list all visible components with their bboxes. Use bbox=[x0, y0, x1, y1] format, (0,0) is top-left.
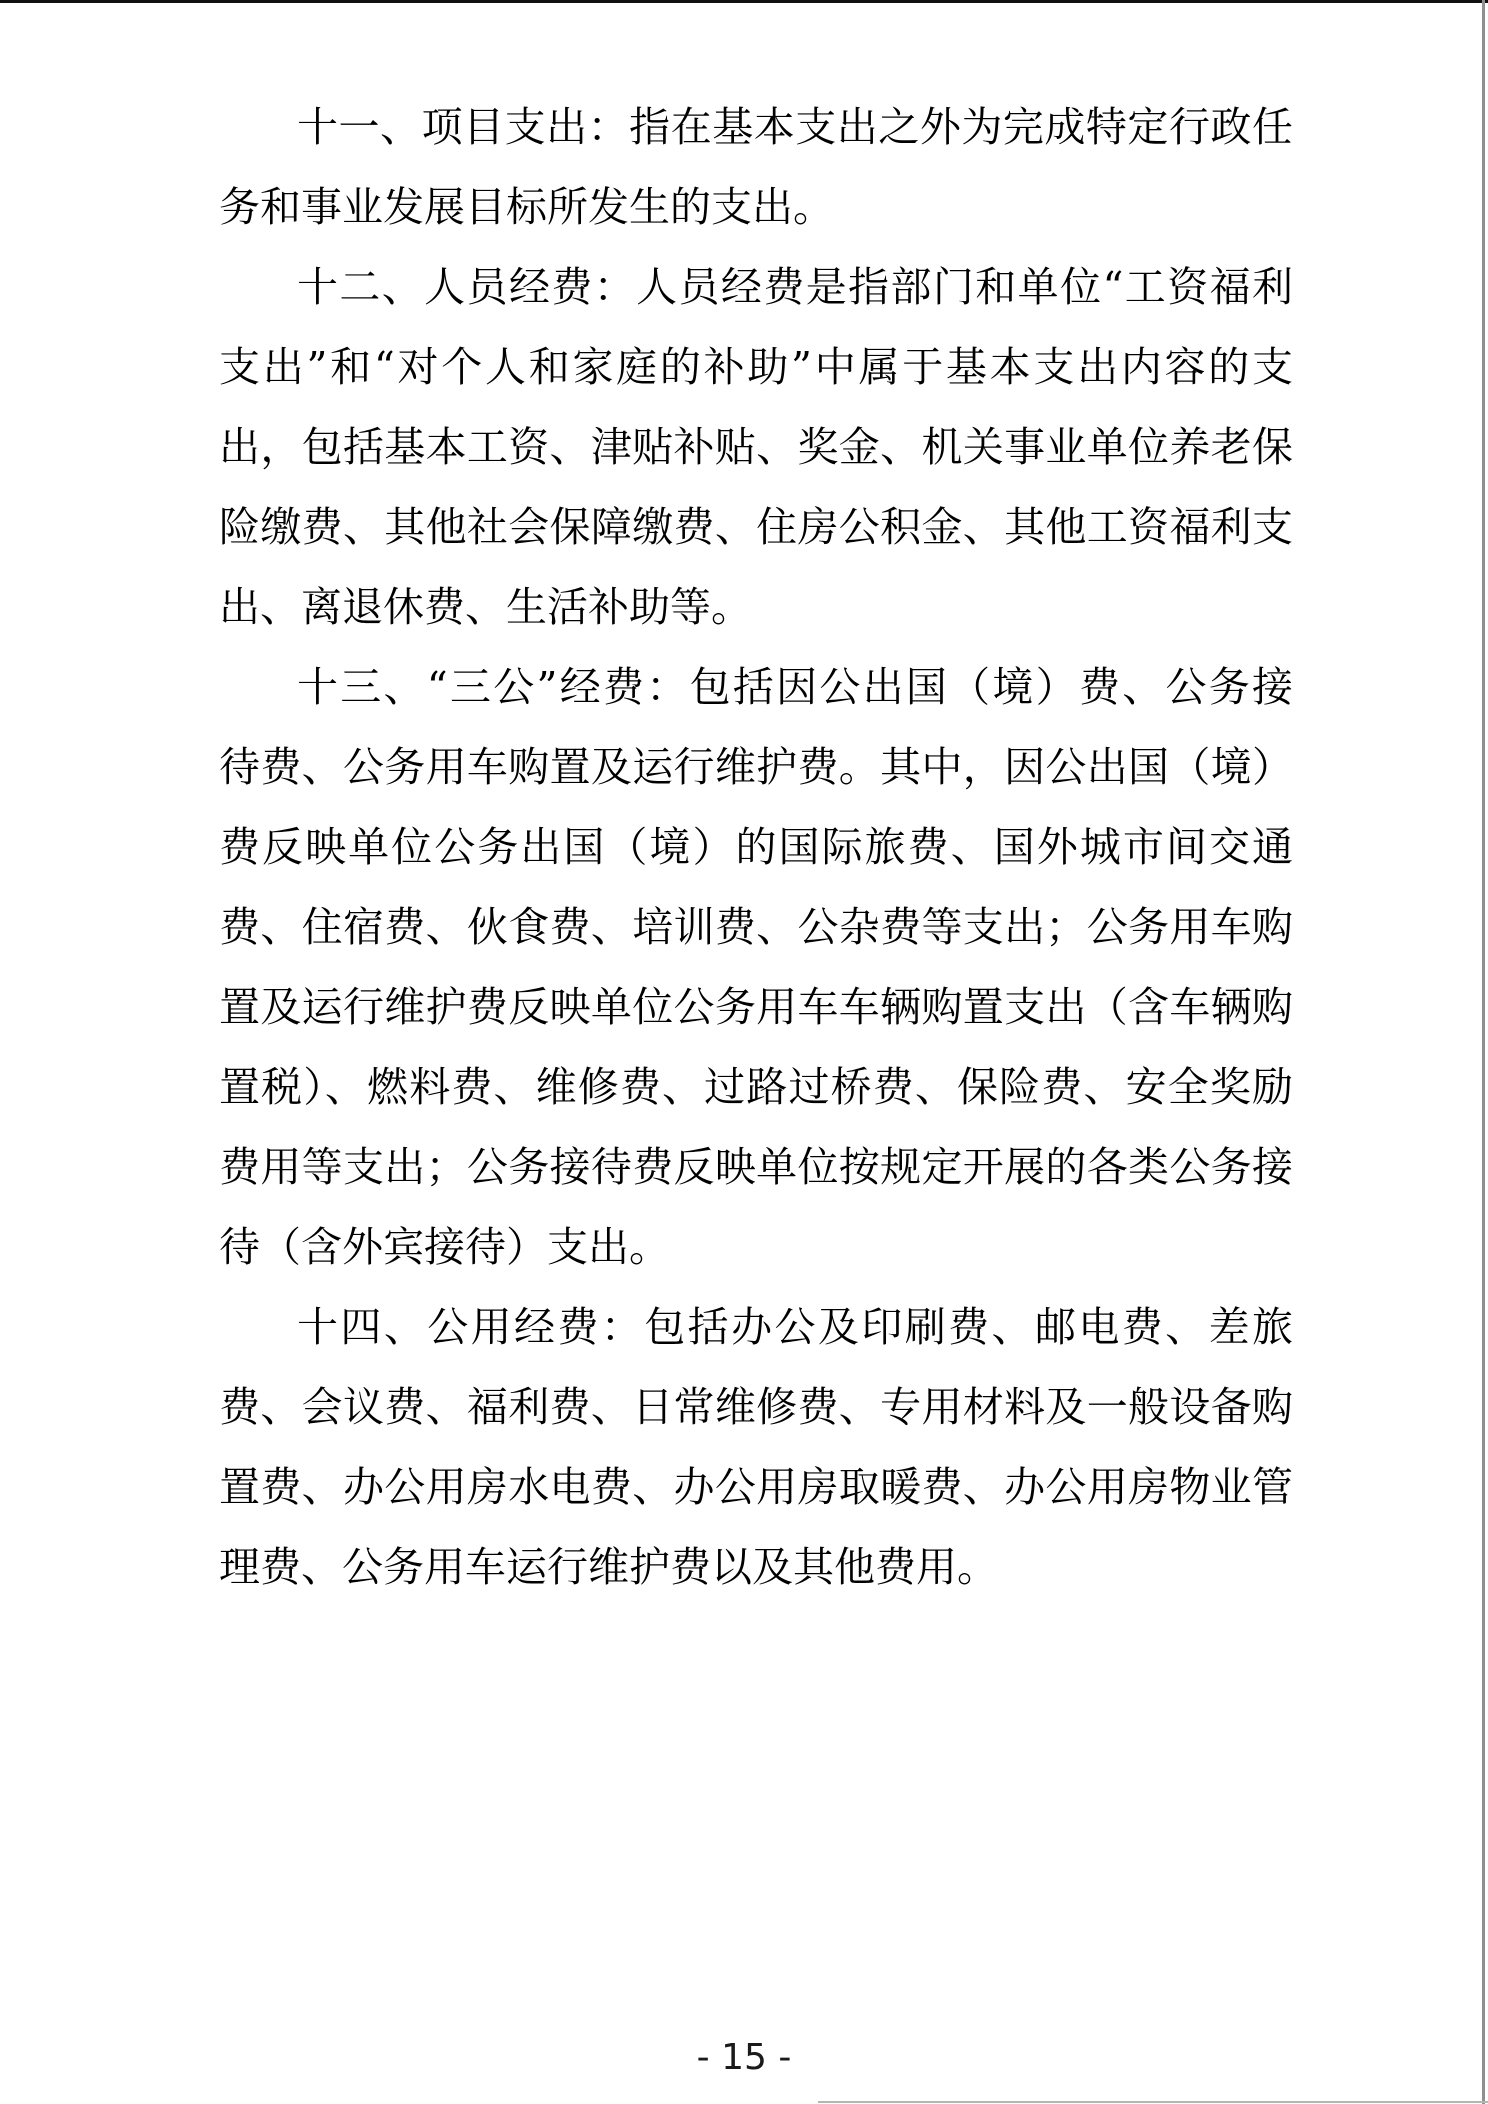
paragraph-clause-11: 十一、项目支出：指在基本支出之外为完成特定行政任务和事业发展目标所发生的支出。 bbox=[219, 87, 1293, 247]
text-line: 费、住宿费、伙食费、培训费、公杂费等支出；公务用车购 bbox=[219, 887, 1293, 967]
text-line: 十一、项目支出：指在基本支出之外为完成特定行政任 bbox=[219, 87, 1293, 167]
text-line: 置费、办公用房水电费、办公用房取暖费、办公用房物业管 bbox=[219, 1447, 1293, 1527]
text-line: 置税）、燃料费、维修费、过路过桥费、保险费、安全奖励 bbox=[219, 1047, 1293, 1127]
text-line: 支出”和“对个人和家庭的补助”中属于基本支出内容的支 bbox=[219, 327, 1293, 407]
text-line: 费反映单位公务出国（境）的国际旅费、国外城市间交通 bbox=[219, 807, 1293, 887]
paragraph-clause-12: 十二、人员经费：人员经费是指部门和单位“工资福利支出”和“对个人和家庭的补助”中… bbox=[219, 247, 1293, 647]
text-line: 十三、“三公”经费：包括因公出国（境）费、公务接 bbox=[219, 647, 1293, 727]
page-bottom-border bbox=[818, 2101, 1488, 2103]
text-line: 险缴费、其他社会保障缴费、住房公积金、其他工资福利支 bbox=[219, 487, 1293, 567]
text-line: 置及运行维护费反映单位公务用车车辆购置支出（含车辆购 bbox=[219, 967, 1293, 1047]
text-line: 待（含外宾接待）支出。 bbox=[219, 1207, 1293, 1287]
text-line: 出、离退休费、生活补助等。 bbox=[219, 567, 1293, 647]
text-line: 费用等支出；公务接待费反映单位按规定开展的各类公务接 bbox=[219, 1127, 1293, 1207]
document-page: 十一、项目支出：指在基本支出之外为完成特定行政任务和事业发展目标所发生的支出。十… bbox=[0, 0, 1488, 2104]
text-line: 费、会议费、福利费、日常维修费、专用材料及一般设备购 bbox=[219, 1367, 1293, 1447]
paragraph-clause-13: 十三、“三公”经费：包括因公出国（境）费、公务接待费、公务用车购置及运行维护费。… bbox=[219, 647, 1293, 1287]
page-right-border bbox=[1482, 0, 1485, 2104]
paragraph-clause-14: 十四、公用经费：包括办公及印刷费、邮电费、差旅费、会议费、福利费、日常维修费、专… bbox=[219, 1287, 1293, 1607]
page-number: - 15 - bbox=[0, 2036, 1488, 2080]
text-line: 十四、公用经费：包括办公及印刷费、邮电费、差旅 bbox=[219, 1287, 1293, 1367]
text-line: 十二、人员经费：人员经费是指部门和单位“工资福利 bbox=[219, 247, 1293, 327]
text-line: 待费、公务用车购置及运行维护费。其中，因公出国（境） bbox=[219, 727, 1293, 807]
text-line: 务和事业发展目标所发生的支出。 bbox=[219, 167, 1293, 247]
text-line: 出，包括基本工资、津贴补贴、奖金、机关事业单位养老保 bbox=[219, 407, 1293, 487]
text-block: 十一、项目支出：指在基本支出之外为完成特定行政任务和事业发展目标所发生的支出。十… bbox=[219, 87, 1293, 1607]
text-line: 理费、公务用车运行维护费以及其他费用。 bbox=[219, 1527, 1293, 1607]
page-top-border bbox=[0, 0, 1488, 3]
